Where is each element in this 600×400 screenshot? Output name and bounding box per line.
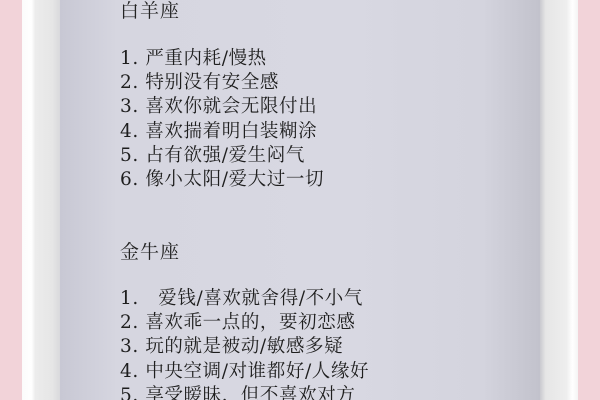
list-item: 4. 中央空调/对谁都好/人缘好 [120,360,369,384]
section-title-taurus: 金牛座 [120,237,180,264]
list-item: 2. 特别没有安全感 [120,71,324,95]
list-item: 1. 爱钱/喜欢就舍得/不小气 [120,287,369,311]
section-taurus-list: 1. 爱钱/喜欢就舍得/不小气 2. 喜欢乖一点的，要初恋感 3. 玩的就是被动… [120,287,369,400]
section-aries: 白羊座 [120,0,180,23]
section-taurus: 金牛座 [120,237,180,264]
trait-list-aries: 1. 严重内耗/慢热 2. 特别没有安全感 3. 喜欢你就会无限付出 4. 喜欢… [120,47,324,192]
document-panel: 白羊座 1. 严重内耗/慢热 2. 特别没有安全感 3. 喜欢你就会无限付出 4… [60,0,540,400]
trait-list-taurus: 1. 爱钱/喜欢就舍得/不小气 2. 喜欢乖一点的，要初恋感 3. 玩的就是被动… [120,287,369,400]
list-item: 5. 享受暧昧，但不喜欢对方 [120,384,369,400]
list-item: 6. 像小太阳/爱大过一切 [120,168,324,192]
list-item: 5. 占有欲强/爱生闷气 [120,144,324,168]
list-item: 3. 玩的就是被动/敏感多疑 [120,335,369,359]
list-item: 2. 喜欢乖一点的，要初恋感 [120,311,369,335]
list-item: 1. 严重内耗/慢热 [120,47,324,71]
section-aries-list: 1. 严重内耗/慢热 2. 特别没有安全感 3. 喜欢你就会无限付出 4. 喜欢… [120,47,324,192]
list-item: 4. 喜欢揣着明白装糊涂 [120,120,324,144]
list-item: 3. 喜欢你就会无限付出 [120,95,324,119]
frame-right-border [540,0,578,400]
frame-left-border [22,0,60,400]
section-title-aries: 白羊座 [120,0,180,23]
